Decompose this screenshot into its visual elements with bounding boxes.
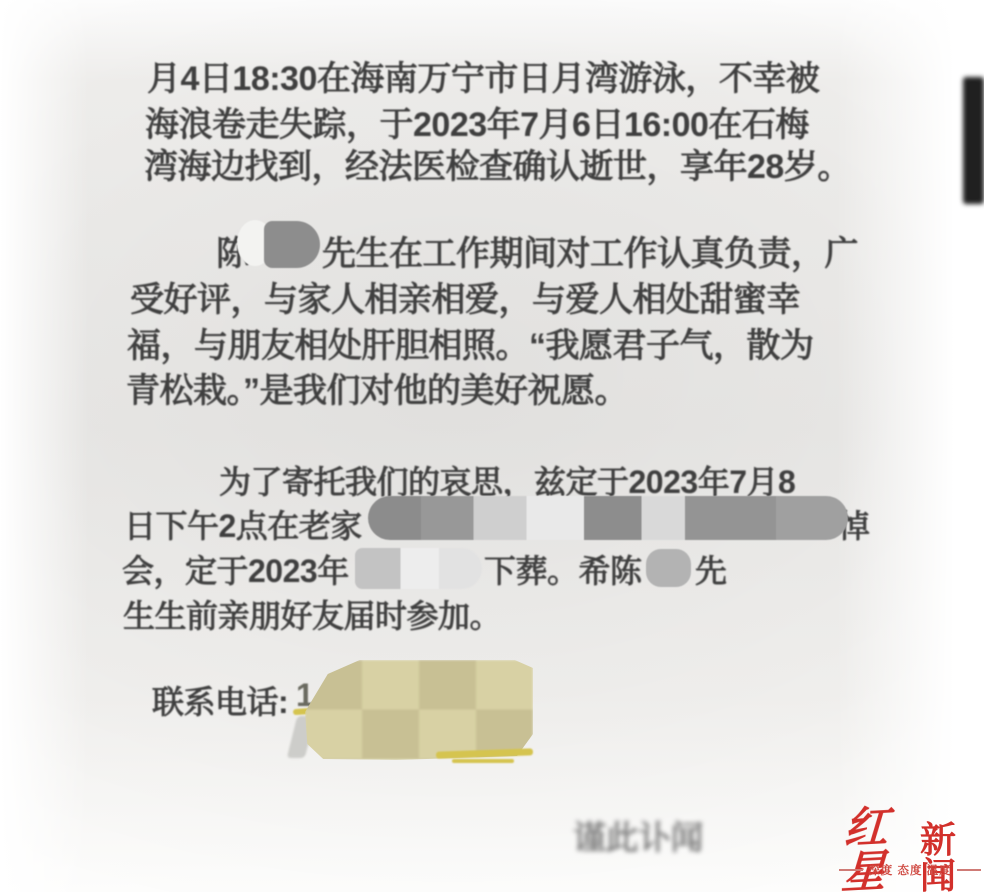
notice-line-p3-3a: 会，定于2023年	[122, 546, 349, 592]
notice-line-p3-2: 日下午2点在老家	[124, 501, 362, 547]
brand-tagline: 深度 态度 温度	[836, 862, 984, 878]
notice-line-p3-3c: 先	[695, 546, 727, 592]
redaction-address-blob	[368, 496, 848, 540]
redaction-name-gray-blob	[264, 221, 320, 268]
notice-line-p2-1: 先生在工作期间对工作认真负责，广	[322, 226, 858, 275]
tagline-dash-right	[957, 869, 981, 871]
redaction-date-blob	[355, 548, 482, 589]
tagline-text: 深度 态度 温度	[868, 862, 951, 878]
notice-line-p1-1: 月4日18:30在海南万宁市日月湾游泳，不幸被	[147, 51, 819, 100]
redstar-news-watermark: 红星 新闻	[843, 806, 984, 892]
redaction-phone-blob	[305, 660, 533, 760]
brand-logo-bold-text: 新闻	[920, 822, 984, 892]
contact-label: 联系电话:	[152, 677, 288, 723]
notice-line-p2-2: 受好评，与家人相亲相爱，与爱人相处甜蜜幸	[130, 272, 800, 321]
tagline-dash-left	[839, 869, 863, 871]
yellow-highlight-mark	[452, 759, 514, 763]
news-photo-obituary: 月4日18:30在海南万宁市日月湾游泳，不幸被 海浪卷走失踪，于2023年7月6…	[0, 0, 984, 892]
redaction-name2-blob	[646, 549, 691, 587]
notice-line-p2-3: 福，与朋友相处肝胆相照。“我愿君子气，散为	[127, 318, 814, 367]
notice-line-p1-3: 湾海边找到，经法医检查确认逝世，享年28岁。	[144, 139, 851, 188]
notice-line-p3-4: 生生前亲朋好友届时参加。	[123, 591, 501, 637]
notice-line-p2-4: 青松栽。”是我们对他的美好祝愿。	[126, 363, 628, 412]
photo-edge-bar	[963, 77, 984, 204]
brand-logo-script-text: 红星	[841, 804, 921, 892]
closing-text: 谨此讣闻	[573, 812, 703, 859]
notice-line-p3-3b: 下葬。希陈	[484, 546, 642, 592]
